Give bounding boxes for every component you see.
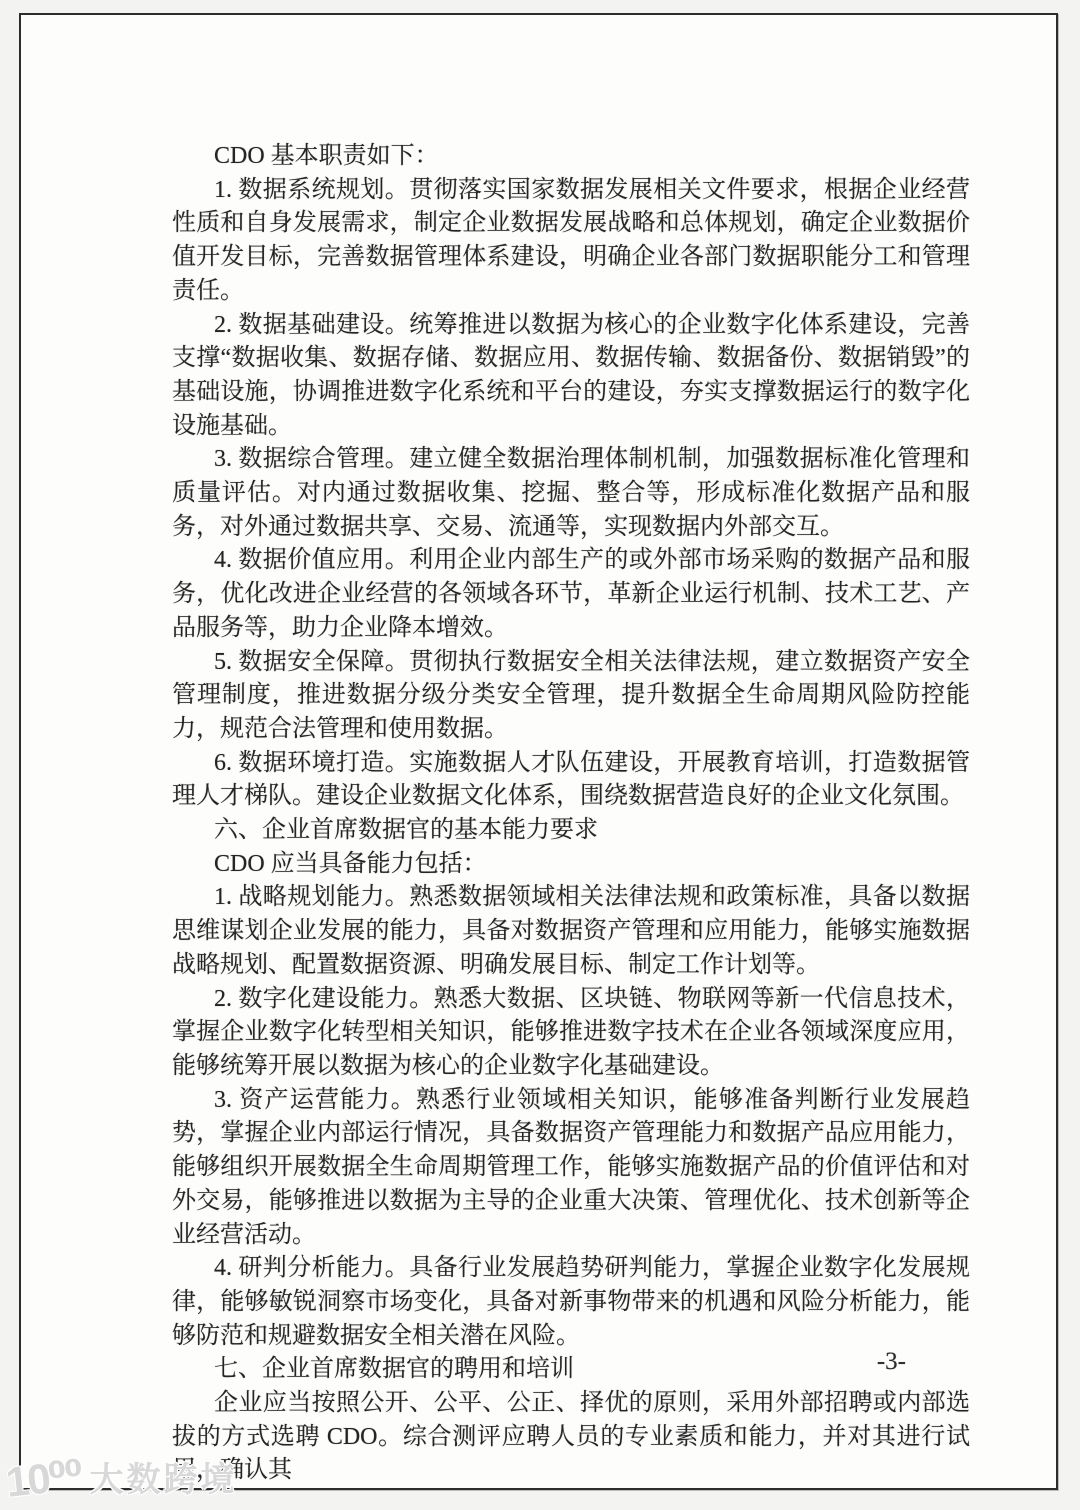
watermark-brand-text: 大数跨境	[90, 1458, 238, 1502]
capability-item-1-strategic-planning: 1. 战略规划能力。熟悉数据领域相关法律法规和政策标准，具备以数据思维谋划企业发…	[172, 881, 970, 982]
page-number: -3-	[172, 1348, 970, 1376]
duty-item-2-data-infrastructure: 2. 数据基础建设。统筹推进以数据为核心的企业数字化体系建设，完善支撑“数据收集…	[172, 309, 970, 444]
section-heading-6-capability-requirements: 六、企业首席数据官的基本能力要求	[172, 814, 970, 848]
duty-item-6-data-environment: 6. 数据环境打造。实施数据人才队伍建设，开展教育培训，打造数据管理人才梯队。建…	[172, 747, 970, 814]
hiring-paragraph: 企业应当按照公开、公平、公正、择优的原则，采用外部招聘或内部选拔的方式选聘 CD…	[172, 1387, 970, 1488]
capability-item-3-asset-operation: 3. 资产运营能力。熟悉行业领域相关知识，能够准备判断行业发展趋势，掌握企业内部…	[172, 1084, 970, 1253]
duty-item-1-data-system-planning: 1. 数据系统规划。贯彻落实国家数据发展相关文件要求，根据企业经营性质和自身发展…	[172, 174, 970, 309]
capability-item-4-analysis-judgement: 4. 研判分析能力。具备行业发展趋势研判能力，掌握企业数字化发展规律，能够敏锐洞…	[172, 1252, 970, 1353]
duty-item-3-data-comprehensive-management: 3. 数据综合管理。建立健全数据治理体制机制，加强数据标准化管理和质量评估。对内…	[172, 443, 970, 544]
scanned-document-screenshot: { "document": { "paragraphs": [ { "text"…	[0, 0, 1080, 1510]
watermark: 10⁰⁰ 大数跨境	[6, 1458, 238, 1502]
capability-item-2-digital-construction: 2. 数字化建设能力。熟悉大数据、区块链、物联网等新一代信息技术，掌握企业数字化…	[172, 983, 970, 1084]
watermark-brand-icon: 10⁰⁰	[4, 1454, 83, 1504]
duty-item-4-data-value-application: 4. 数据价值应用。利用企业内部生产的或外部市场采购的数据产品和服务，优化改进企…	[172, 544, 970, 645]
duty-item-5-data-security: 5. 数据安全保障。贯彻执行数据安全相关法律法规，建立数据资产安全管理制度，推进…	[172, 646, 970, 747]
document-text-block: CDO 基本职责如下： 1. 数据系统规划。贯彻落实国家数据发展相关文件要求，根…	[172, 140, 970, 1488]
intro-line-cdo-capabilities: CDO 应当具备能力包括：	[172, 848, 970, 882]
intro-line-cdo-duties: CDO 基本职责如下：	[172, 140, 970, 174]
